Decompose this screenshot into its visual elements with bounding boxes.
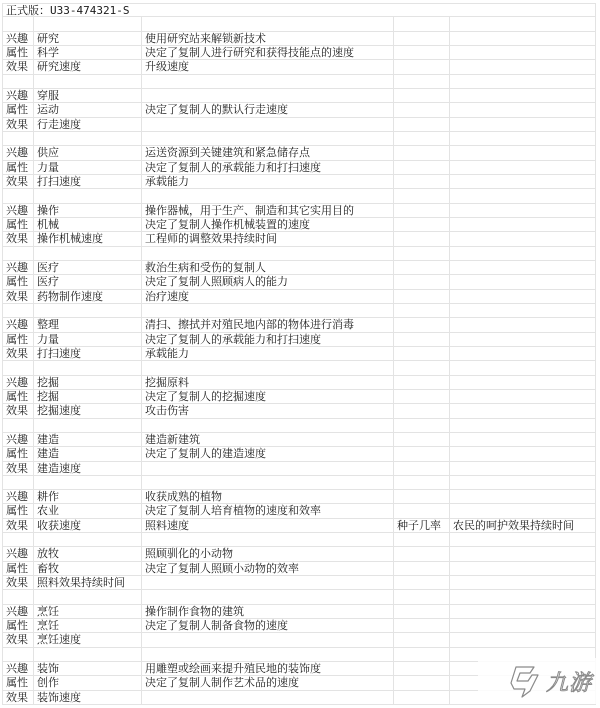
attribute-description[interactable]: 决定了复制人的建造速度 bbox=[141, 447, 393, 460]
extra-cell-1[interactable] bbox=[393, 60, 449, 73]
empty-cell[interactable] bbox=[2, 361, 33, 374]
effect-name[interactable]: 打扫速度 bbox=[33, 347, 141, 360]
blank-row bbox=[2, 476, 596, 490]
effect-row: 效果研究速度升级速度 bbox=[2, 60, 596, 74]
empty-cell[interactable] bbox=[2, 304, 33, 317]
effect-row: 效果烹饪速度 bbox=[2, 633, 596, 647]
interest-description[interactable]: 救治生病和受伤的复制人 bbox=[141, 261, 393, 274]
interest-label[interactable]: 兴趣 bbox=[2, 318, 33, 331]
empty-cell[interactable] bbox=[33, 247, 141, 260]
effect-label[interactable]: 效果 bbox=[2, 462, 33, 475]
interest-description[interactable]: 运送资源到关键建筑和紧急储存点 bbox=[141, 146, 393, 159]
extra-cell-1[interactable] bbox=[393, 576, 449, 589]
attribute-label[interactable]: 属性 bbox=[2, 504, 33, 517]
effect-description[interactable]: 攻击伤害 bbox=[141, 404, 393, 417]
attribute-row: 属性力量决定了复制人的承载能力和打扫速度 bbox=[2, 333, 596, 347]
effect-description[interactable]: 照料速度 bbox=[141, 519, 393, 532]
extra-cell-2[interactable] bbox=[449, 347, 596, 360]
extra-cell-2[interactable] bbox=[449, 447, 596, 460]
extra-cell-1[interactable]: 种子几率 bbox=[393, 519, 449, 532]
empty-cell[interactable] bbox=[33, 17, 141, 30]
extra-cell-1[interactable] bbox=[393, 161, 449, 174]
effect-row: 效果操作机械速度工程师的调整效果持续时间 bbox=[2, 232, 596, 246]
empty-cell[interactable] bbox=[141, 361, 393, 374]
interest-description[interactable]: 照顾驯化的小动物 bbox=[141, 547, 393, 560]
effect-description[interactable] bbox=[141, 691, 393, 704]
extra-cell-2[interactable] bbox=[449, 318, 596, 331]
attribute-label[interactable]: 属性 bbox=[2, 275, 33, 288]
empty-cell[interactable] bbox=[2, 419, 33, 432]
attribute-name[interactable]: 医疗 bbox=[33, 275, 141, 288]
interest-row: 兴趣穿服 bbox=[2, 89, 596, 103]
extra-cell-1[interactable] bbox=[393, 404, 449, 417]
blank-row bbox=[2, 419, 596, 433]
attribute-name[interactable]: 创作 bbox=[33, 676, 141, 689]
extra-cell-2[interactable] bbox=[449, 462, 596, 475]
attribute-name[interactable]: 农业 bbox=[33, 504, 141, 517]
effect-description[interactable]: 工程师的调整效果持续时间 bbox=[141, 232, 393, 245]
blank-row bbox=[2, 361, 596, 375]
interest-name[interactable]: 耕作 bbox=[33, 490, 141, 503]
interest-name[interactable]: 整理 bbox=[33, 318, 141, 331]
attribute-row: 属性畜牧决定了复制人照顾小动物的效率 bbox=[2, 562, 596, 576]
interest-row: 兴趣供应运送资源到关键建筑和紧急储存点 bbox=[2, 146, 596, 160]
extra-cell-2[interactable] bbox=[449, 89, 596, 102]
effect-label[interactable]: 效果 bbox=[2, 232, 33, 245]
interest-label[interactable]: 兴趣 bbox=[2, 89, 33, 102]
effect-row: 效果建造速度 bbox=[2, 462, 596, 476]
extra-cell-1[interactable] bbox=[393, 275, 449, 288]
effect-description[interactable] bbox=[141, 633, 393, 646]
attribute-description[interactable]: 决定了复制人的承载能力和打扫速度 bbox=[141, 333, 393, 346]
attribute-label[interactable]: 属性 bbox=[2, 447, 33, 460]
attribute-row: 属性力量决定了复制人的承载能力和打扫速度 bbox=[2, 161, 596, 175]
attribute-row: 属性运动决定了复制人的默认行走速度 bbox=[2, 103, 596, 117]
empty-cell[interactable] bbox=[393, 17, 449, 30]
attribute-description[interactable]: 决定了复制人照顾小动物的效率 bbox=[141, 562, 393, 575]
attribute-name[interactable]: 科学 bbox=[33, 46, 141, 59]
empty-cell[interactable] bbox=[2, 648, 33, 661]
extra-cell-2[interactable] bbox=[449, 204, 596, 217]
extra-cell-2[interactable] bbox=[449, 146, 596, 159]
effect-label[interactable]: 效果 bbox=[2, 633, 33, 646]
interest-label[interactable]: 兴趣 bbox=[2, 662, 33, 675]
effect-description[interactable]: 治疗速度 bbox=[141, 290, 393, 303]
interest-name[interactable]: 操作 bbox=[33, 204, 141, 217]
extra-cell-2[interactable] bbox=[449, 605, 596, 618]
extra-cell-2[interactable] bbox=[449, 290, 596, 303]
extra-cell-2[interactable] bbox=[449, 161, 596, 174]
interest-label[interactable]: 兴趣 bbox=[2, 204, 33, 217]
interest-description[interactable] bbox=[141, 89, 393, 102]
empty-cell[interactable] bbox=[33, 533, 141, 546]
extra-cell-2[interactable] bbox=[449, 433, 596, 446]
attribute-label[interactable]: 属性 bbox=[2, 619, 33, 632]
extra-cell-2[interactable] bbox=[449, 547, 596, 560]
blank-row bbox=[2, 533, 596, 547]
attribute-name[interactable]: 烹饪 bbox=[33, 619, 141, 632]
attribute-row: 属性烹饪决定了复制人制备食物的速度 bbox=[2, 619, 596, 633]
extra-cell-2[interactable] bbox=[449, 32, 596, 45]
attribute-label[interactable]: 属性 bbox=[2, 390, 33, 403]
attribute-description[interactable]: 决定了复制人培育植物的速度和效率 bbox=[141, 504, 393, 517]
interest-name[interactable]: 装饰 bbox=[33, 662, 141, 675]
empty-cell[interactable] bbox=[393, 476, 449, 489]
extra-cell-1[interactable] bbox=[393, 333, 449, 346]
effect-description[interactable] bbox=[141, 576, 393, 589]
empty-cell[interactable] bbox=[141, 590, 393, 603]
jiuyou-logo-icon bbox=[508, 663, 542, 699]
interest-description[interactable]: 收获成熟的植物 bbox=[141, 490, 393, 503]
empty-cell[interactable] bbox=[33, 132, 141, 145]
empty-cell[interactable] bbox=[393, 419, 449, 432]
blank-row bbox=[2, 247, 596, 261]
extra-cell-1[interactable] bbox=[393, 318, 449, 331]
empty-cell[interactable] bbox=[449, 75, 596, 88]
interest-name[interactable]: 供应 bbox=[33, 146, 141, 159]
extra-cell-1[interactable] bbox=[393, 46, 449, 59]
empty-cell[interactable] bbox=[141, 189, 393, 202]
attribute-description[interactable]: 决定了复制人制作艺术品的速度 bbox=[141, 676, 393, 689]
empty-cell[interactable] bbox=[33, 75, 141, 88]
empty-cell[interactable] bbox=[141, 75, 393, 88]
empty-cell[interactable] bbox=[2, 476, 33, 489]
effect-row: 效果行走速度 bbox=[2, 118, 596, 132]
extra-cell-1[interactable] bbox=[393, 89, 449, 102]
extra-cell-2[interactable] bbox=[449, 46, 596, 59]
effect-name[interactable]: 研究速度 bbox=[33, 60, 141, 73]
attribute-description[interactable]: 决定了复制人的挖掘速度 bbox=[141, 390, 393, 403]
effect-label[interactable]: 效果 bbox=[2, 691, 33, 704]
empty-cell[interactable] bbox=[2, 75, 33, 88]
extra-cell-1[interactable] bbox=[393, 390, 449, 403]
extra-cell-2[interactable]: 农民的呵护效果持续时间 bbox=[449, 519, 596, 532]
extra-cell-1[interactable] bbox=[393, 662, 449, 675]
extra-cell-1[interactable] bbox=[393, 376, 449, 389]
extra-cell-2[interactable] bbox=[449, 275, 596, 288]
empty-cell[interactable] bbox=[393, 361, 449, 374]
extra-cell-1[interactable] bbox=[393, 676, 449, 689]
effect-label[interactable]: 效果 bbox=[2, 118, 33, 131]
extra-cell-2[interactable] bbox=[449, 333, 596, 346]
empty-cell[interactable] bbox=[449, 247, 596, 260]
empty-cell[interactable] bbox=[393, 304, 449, 317]
attribute-name[interactable]: 机械 bbox=[33, 218, 141, 231]
attribute-name[interactable]: 畜牧 bbox=[33, 562, 141, 575]
extra-cell-2[interactable] bbox=[449, 175, 596, 188]
interest-row: 兴趣研究使用研究站来解锁新技术 bbox=[2, 32, 596, 46]
attribute-label[interactable]: 属性 bbox=[2, 103, 33, 116]
interest-description[interactable]: 用雕塑或绘画来提升殖民地的装饰度 bbox=[141, 662, 393, 675]
interest-description[interactable]: 清扫、擦拭并对殖民地内部的物体进行消毒 bbox=[141, 318, 393, 331]
interest-name[interactable]: 医疗 bbox=[33, 261, 141, 274]
interest-label[interactable]: 兴趣 bbox=[2, 433, 33, 446]
empty-cell[interactable] bbox=[393, 75, 449, 88]
effect-name[interactable]: 建造速度 bbox=[33, 462, 141, 475]
empty-cell[interactable] bbox=[33, 304, 141, 317]
extra-cell-1[interactable] bbox=[393, 218, 449, 231]
attribute-row: 属性科学决定了复制人进行研究和获得技能点的速度 bbox=[2, 46, 596, 60]
empty-cell[interactable] bbox=[141, 419, 393, 432]
effect-row: 效果打扫速度承载能力 bbox=[2, 175, 596, 189]
effect-row: 效果挖掘速度攻击伤害 bbox=[2, 404, 596, 418]
attribute-label[interactable]: 属性 bbox=[2, 333, 33, 346]
effect-label[interactable]: 效果 bbox=[2, 576, 33, 589]
extra-cell-1[interactable] bbox=[393, 547, 449, 560]
extra-cell-2[interactable] bbox=[449, 261, 596, 274]
attribute-label[interactable]: 属性 bbox=[2, 218, 33, 231]
empty-cell[interactable] bbox=[449, 132, 596, 145]
effect-name[interactable]: 装饰速度 bbox=[33, 691, 141, 704]
extra-cell-1[interactable] bbox=[393, 347, 449, 360]
attribute-row: 属性农业决定了复制人培育植物的速度和效率 bbox=[2, 504, 596, 518]
interest-description[interactable]: 挖掘原料 bbox=[141, 376, 393, 389]
attribute-name[interactable]: 力量 bbox=[33, 333, 141, 346]
extra-cell-1[interactable] bbox=[393, 605, 449, 618]
extra-cell-2[interactable] bbox=[449, 562, 596, 575]
blank-row bbox=[2, 75, 596, 89]
empty-cell[interactable] bbox=[33, 476, 141, 489]
empty-cell[interactable] bbox=[393, 189, 449, 202]
interest-name[interactable]: 烹饪 bbox=[33, 605, 141, 618]
interest-row: 兴趣医疗救治生病和受伤的复制人 bbox=[2, 261, 596, 275]
attribute-row: 属性机械决定了复制人操作机械装置的速度 bbox=[2, 218, 596, 232]
attribute-row: 属性医疗决定了复制人照顾病人的能力 bbox=[2, 275, 596, 289]
interest-name[interactable]: 挖掘 bbox=[33, 376, 141, 389]
effect-name[interactable]: 行走速度 bbox=[33, 118, 141, 131]
empty-cell[interactable] bbox=[393, 247, 449, 260]
interest-row: 兴趣放牧照顾驯化的小动物 bbox=[2, 547, 596, 561]
effect-description[interactable]: 承载能力 bbox=[141, 175, 393, 188]
interest-row: 兴趣烹饪操作制作食物的建筑 bbox=[2, 605, 596, 619]
attribute-description[interactable]: 决定了复制人制备食物的速度 bbox=[141, 619, 393, 632]
version-title[interactable]: 正式版：U33-474321-S bbox=[2, 4, 596, 16]
empty-cell[interactable] bbox=[449, 17, 596, 30]
extra-cell-2[interactable] bbox=[449, 619, 596, 632]
effect-row: 效果药物制作速度治疗速度 bbox=[2, 290, 596, 304]
effect-name[interactable]: 收获速度 bbox=[33, 519, 141, 532]
extra-cell-1[interactable] bbox=[393, 204, 449, 217]
effect-description[interactable] bbox=[141, 462, 393, 475]
attribute-label[interactable]: 属性 bbox=[2, 562, 33, 575]
attribute-label[interactable]: 属性 bbox=[2, 676, 33, 689]
empty-cell[interactable] bbox=[141, 17, 393, 30]
extra-cell-2[interactable] bbox=[449, 633, 596, 646]
empty-cell[interactable] bbox=[2, 132, 33, 145]
interest-name[interactable]: 建造 bbox=[33, 433, 141, 446]
interest-label[interactable]: 兴趣 bbox=[2, 261, 33, 274]
interest-row: 兴趣整理清扫、擦拭并对殖民地内部的物体进行消毒 bbox=[2, 318, 596, 332]
effect-label[interactable]: 效果 bbox=[2, 175, 33, 188]
empty-cell[interactable] bbox=[141, 648, 393, 661]
effect-name[interactable]: 打扫速度 bbox=[33, 175, 141, 188]
effect-description[interactable]: 承载能力 bbox=[141, 347, 393, 360]
blank-row bbox=[2, 17, 596, 31]
effect-row: 效果打扫速度承载能力 bbox=[2, 347, 596, 361]
attribute-label[interactable]: 属性 bbox=[2, 161, 33, 174]
attribute-description[interactable]: 决定了复制人照顾病人的能力 bbox=[141, 275, 393, 288]
extra-cell-1[interactable] bbox=[393, 146, 449, 159]
extra-cell-1[interactable] bbox=[393, 290, 449, 303]
empty-cell[interactable] bbox=[2, 189, 33, 202]
interest-description[interactable]: 操作制作食物的建筑 bbox=[141, 605, 393, 618]
extra-cell-1[interactable] bbox=[393, 490, 449, 503]
empty-cell[interactable] bbox=[449, 590, 596, 603]
interest-label[interactable]: 兴趣 bbox=[2, 490, 33, 503]
effect-name[interactable]: 照料效果持续时间 bbox=[33, 576, 141, 589]
extra-cell-2[interactable] bbox=[449, 376, 596, 389]
interest-label[interactable]: 兴趣 bbox=[2, 547, 33, 560]
empty-cell[interactable] bbox=[33, 419, 141, 432]
effect-description[interactable]: 升级速度 bbox=[141, 60, 393, 73]
extra-cell-2[interactable] bbox=[449, 118, 596, 131]
title-row: 正式版：U33-474321-S bbox=[2, 3, 596, 17]
blank-row bbox=[2, 132, 596, 146]
empty-cell[interactable] bbox=[2, 533, 33, 546]
extra-cell-2[interactable] bbox=[449, 103, 596, 116]
attribute-description[interactable]: 决定了复制人进行研究和获得技能点的速度 bbox=[141, 46, 393, 59]
interest-row: 兴趣建造建造新建筑 bbox=[2, 433, 596, 447]
interest-label[interactable]: 兴趣 bbox=[2, 605, 33, 618]
empty-cell[interactable] bbox=[33, 361, 141, 374]
empty-cell[interactable] bbox=[393, 533, 449, 546]
extra-cell-1[interactable] bbox=[393, 232, 449, 245]
extra-cell-2[interactable] bbox=[449, 490, 596, 503]
extra-cell-2[interactable] bbox=[449, 232, 596, 245]
empty-cell[interactable] bbox=[393, 648, 449, 661]
effect-description[interactable] bbox=[141, 118, 393, 131]
empty-cell[interactable] bbox=[141, 533, 393, 546]
effect-label[interactable]: 效果 bbox=[2, 519, 33, 532]
extra-cell-2[interactable] bbox=[449, 404, 596, 417]
empty-cell[interactable] bbox=[449, 419, 596, 432]
empty-cell[interactable] bbox=[449, 304, 596, 317]
attribute-name[interactable]: 建造 bbox=[33, 447, 141, 460]
extra-cell-1[interactable] bbox=[393, 447, 449, 460]
extra-cell-1[interactable] bbox=[393, 32, 449, 45]
effect-label[interactable]: 效果 bbox=[2, 347, 33, 360]
empty-cell[interactable] bbox=[33, 590, 141, 603]
extra-cell-1[interactable] bbox=[393, 103, 449, 116]
effect-name[interactable]: 操作机械速度 bbox=[33, 232, 141, 245]
empty-cell[interactable] bbox=[141, 304, 393, 317]
extra-cell-2[interactable] bbox=[449, 218, 596, 231]
extra-cell-2[interactable] bbox=[449, 60, 596, 73]
extra-cell-2[interactable] bbox=[449, 504, 596, 517]
empty-cell[interactable] bbox=[141, 247, 393, 260]
extra-cell-1[interactable] bbox=[393, 175, 449, 188]
interest-description[interactable]: 建造新建筑 bbox=[141, 433, 393, 446]
effect-label[interactable]: 效果 bbox=[2, 290, 33, 303]
extra-cell-1[interactable] bbox=[393, 433, 449, 446]
interest-name[interactable]: 穿服 bbox=[33, 89, 141, 102]
extra-cell-1[interactable] bbox=[393, 261, 449, 274]
empty-cell[interactable] bbox=[449, 533, 596, 546]
interest-label[interactable]: 兴趣 bbox=[2, 32, 33, 45]
attribute-row: 属性建造决定了复制人的建造速度 bbox=[2, 447, 596, 461]
attribute-description[interactable]: 决定了复制人的默认行走速度 bbox=[141, 103, 393, 116]
extra-cell-1[interactable] bbox=[393, 691, 449, 704]
effect-label[interactable]: 效果 bbox=[2, 404, 33, 417]
extra-cell-1[interactable] bbox=[393, 633, 449, 646]
effect-row: 效果收获速度照料速度种子几率农民的呵护效果持续时间 bbox=[2, 519, 596, 533]
blank-row bbox=[2, 189, 596, 203]
watermark: 九游 bbox=[478, 658, 596, 704]
interest-row: 兴趣操作操作器械，用于生产、制造和其它实用目的 bbox=[2, 204, 596, 218]
empty-cell[interactable] bbox=[141, 476, 393, 489]
extra-cell-2[interactable] bbox=[449, 576, 596, 589]
watermark-text: 九游 bbox=[546, 666, 592, 697]
interest-label[interactable]: 兴趣 bbox=[2, 146, 33, 159]
empty-cell[interactable] bbox=[33, 189, 141, 202]
empty-cell[interactable] bbox=[2, 247, 33, 260]
empty-cell[interactable] bbox=[141, 132, 393, 145]
interest-row: 兴趣挖掘挖掘原料 bbox=[2, 376, 596, 390]
attribute-name[interactable]: 运动 bbox=[33, 103, 141, 116]
interest-description[interactable]: 使用研究站来解锁新技术 bbox=[141, 32, 393, 45]
blank-row bbox=[2, 590, 596, 604]
interest-label[interactable]: 兴趣 bbox=[2, 376, 33, 389]
effect-name[interactable]: 烹饪速度 bbox=[33, 633, 141, 646]
attribute-name[interactable]: 力量 bbox=[33, 161, 141, 174]
effect-name[interactable]: 药物制作速度 bbox=[33, 290, 141, 303]
effect-label[interactable]: 效果 bbox=[2, 60, 33, 73]
extra-cell-1[interactable] bbox=[393, 118, 449, 131]
empty-cell[interactable] bbox=[2, 590, 33, 603]
empty-cell[interactable] bbox=[33, 648, 141, 661]
attribute-description[interactable]: 决定了复制人的承载能力和打扫速度 bbox=[141, 161, 393, 174]
attribute-name[interactable]: 挖掘 bbox=[33, 390, 141, 403]
attribute-description[interactable]: 决定了复制人操作机械装置的速度 bbox=[141, 218, 393, 231]
empty-cell[interactable] bbox=[393, 132, 449, 145]
attribute-label[interactable]: 属性 bbox=[2, 46, 33, 59]
empty-cell[interactable] bbox=[449, 361, 596, 374]
interest-row: 兴趣耕作收获成熟的植物 bbox=[2, 490, 596, 504]
extra-cell-2[interactable] bbox=[449, 390, 596, 403]
effect-name[interactable]: 挖掘速度 bbox=[33, 404, 141, 417]
extra-cell-1[interactable] bbox=[393, 504, 449, 517]
attribute-row: 属性挖掘决定了复制人的挖掘速度 bbox=[2, 390, 596, 404]
empty-cell[interactable] bbox=[393, 590, 449, 603]
interest-description[interactable]: 操作器械，用于生产、制造和其它实用目的 bbox=[141, 204, 393, 217]
extra-cell-1[interactable] bbox=[393, 562, 449, 575]
blank-row bbox=[2, 304, 596, 318]
effect-row: 效果照料效果持续时间 bbox=[2, 576, 596, 590]
extra-cell-1[interactable] bbox=[393, 462, 449, 475]
empty-cell[interactable] bbox=[2, 17, 33, 30]
empty-cell[interactable] bbox=[449, 189, 596, 202]
interest-name[interactable]: 放牧 bbox=[33, 547, 141, 560]
empty-cell[interactable] bbox=[449, 476, 596, 489]
spreadsheet: 正式版：U33-474321-S 兴趣研究使用研究站来解锁新技术属性科学决定了复… bbox=[2, 3, 596, 705]
interest-name[interactable]: 研究 bbox=[33, 32, 141, 45]
extra-cell-1[interactable] bbox=[393, 619, 449, 632]
